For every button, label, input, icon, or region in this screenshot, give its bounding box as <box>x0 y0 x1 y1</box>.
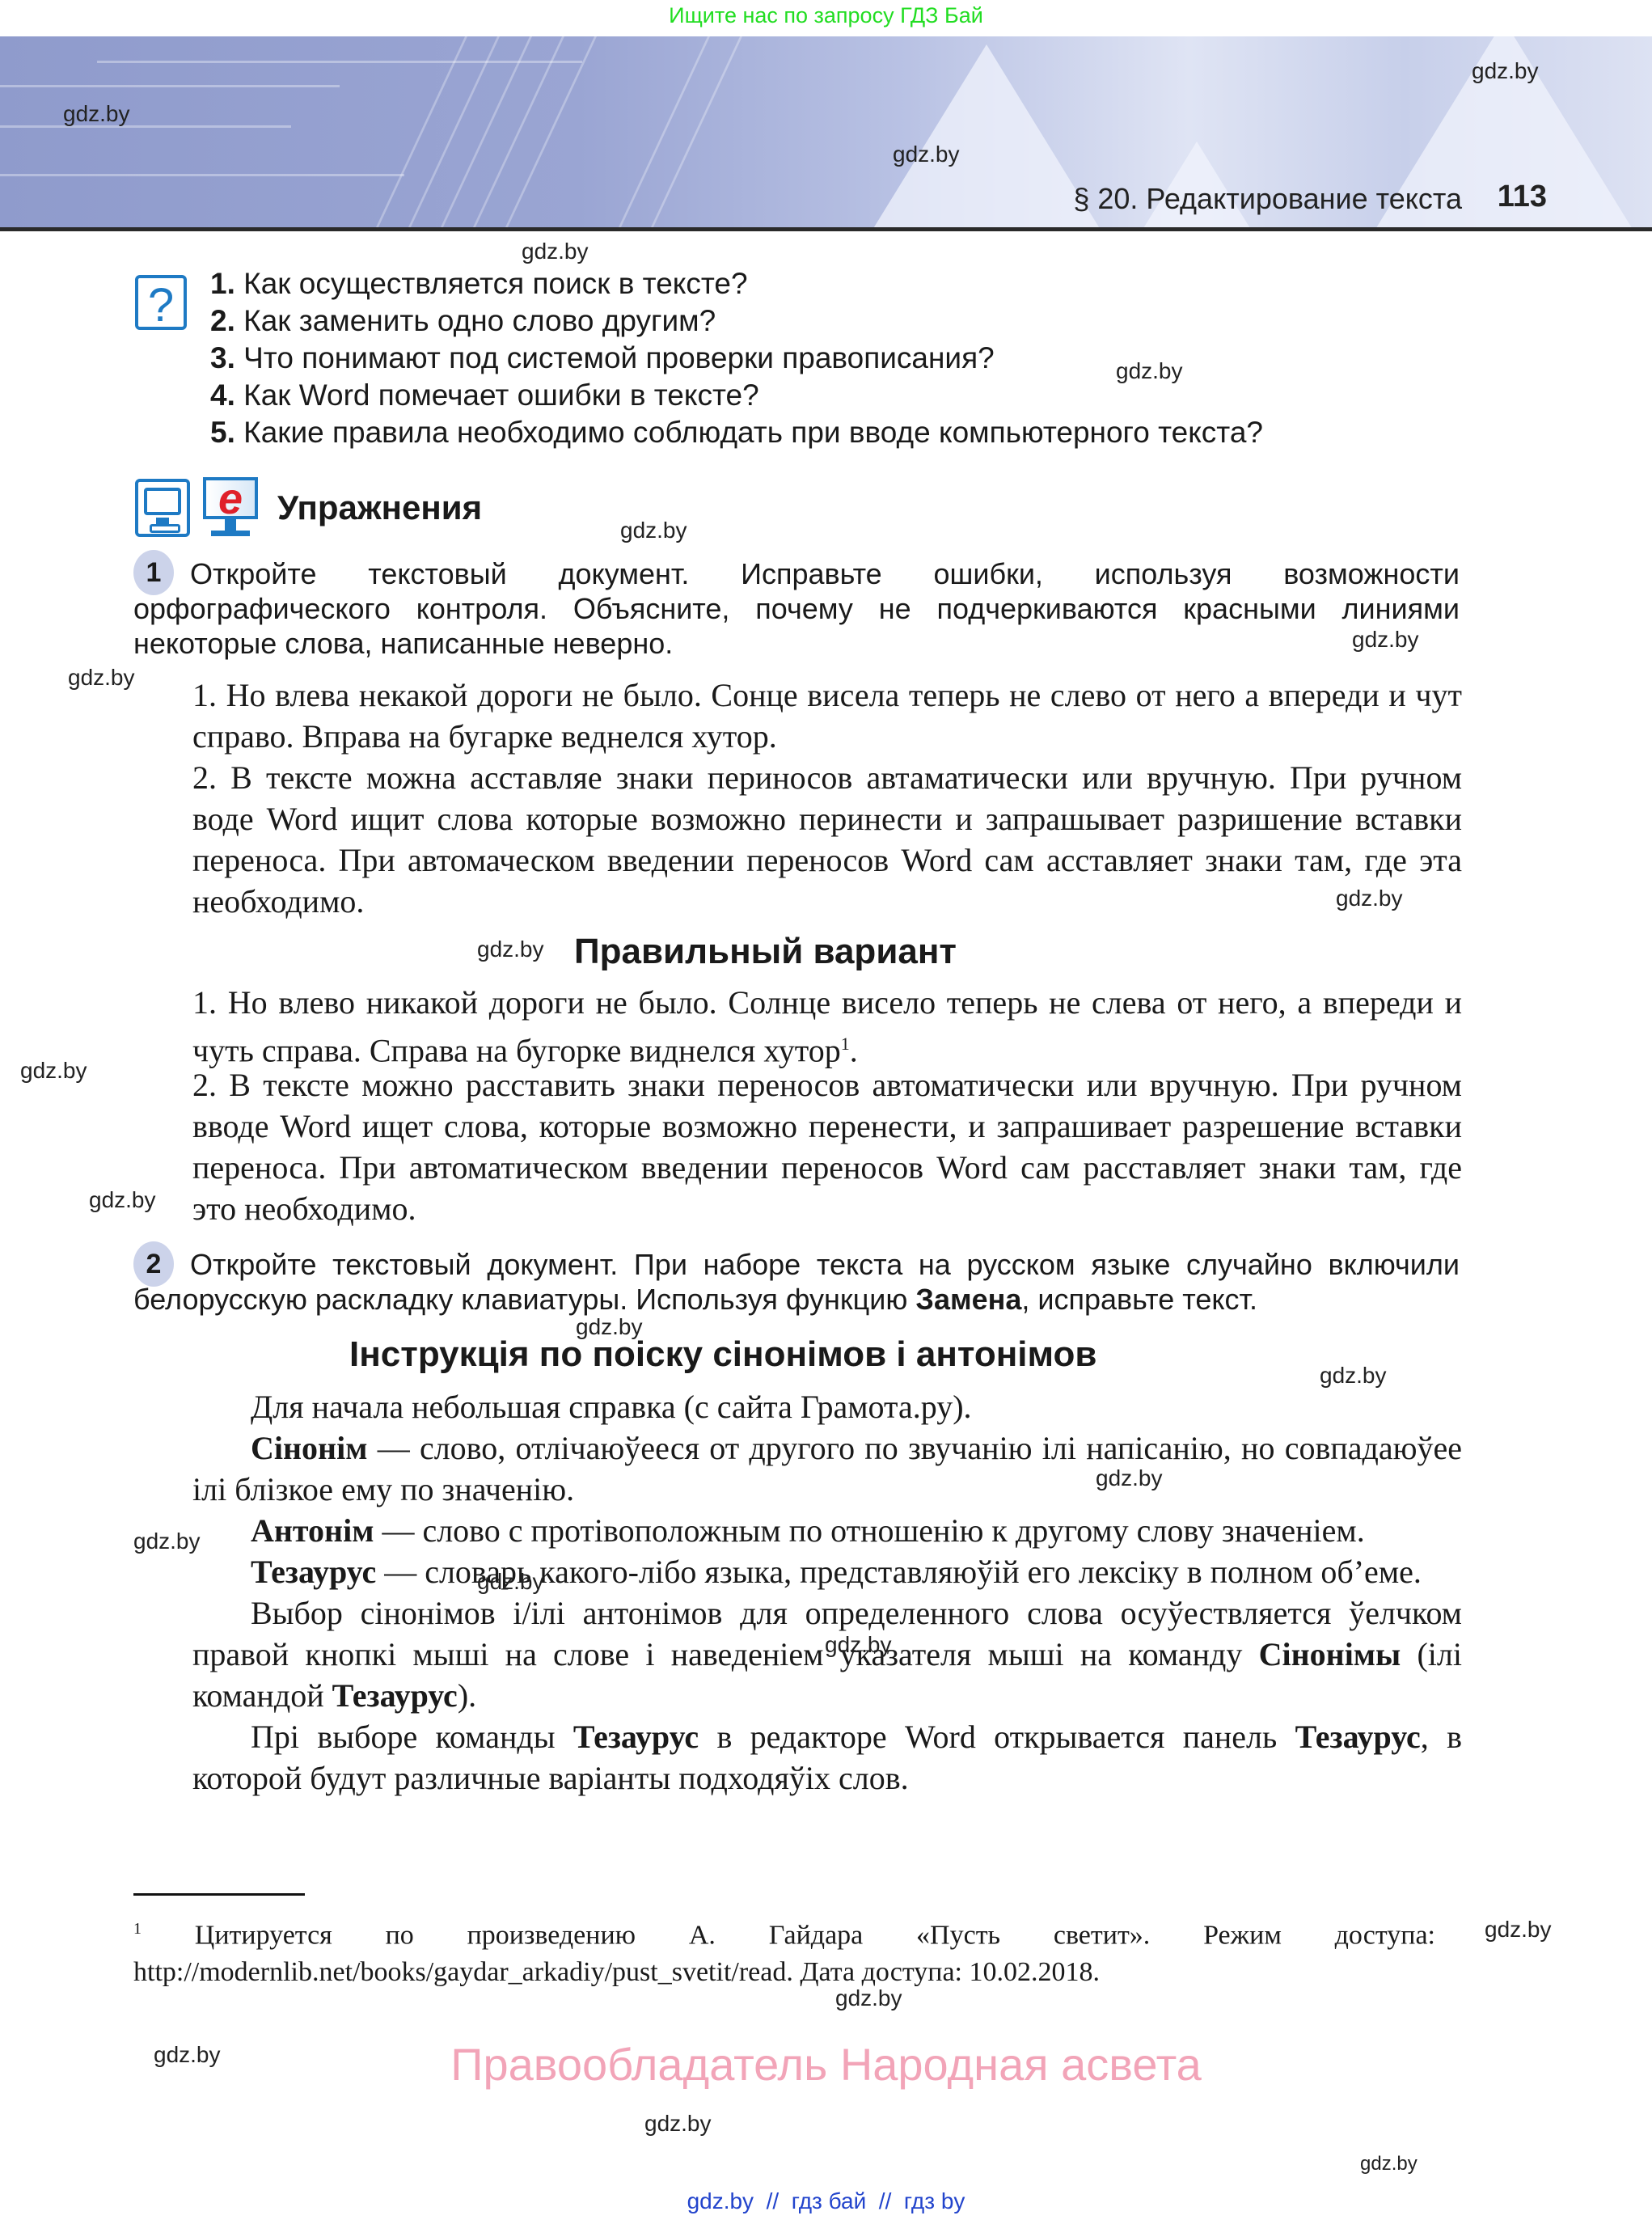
footer-links[interactable]: gdz.by // гдз бай // гдз by <box>0 2188 1652 2214</box>
page-number: 113 <box>1498 180 1547 214</box>
watermark: gdz.by <box>1352 627 1419 653</box>
watermark: gdz.by <box>89 1187 156 1213</box>
watermark: gdz.by <box>1336 886 1403 911</box>
watermark: gdz.by <box>133 1528 201 1554</box>
section-title: § 20. Редактирование текста <box>1073 182 1462 216</box>
question-icon: ? <box>135 275 187 330</box>
question-item: 3. Что понимают под системой проверки пр… <box>210 340 1263 377</box>
watermark: gdz.by <box>1472 58 1539 84</box>
watermark: gdz.by <box>68 665 135 691</box>
watermark: gdz.by <box>825 1632 892 1658</box>
page-header: § 20. Редактирование текста 113 <box>0 36 1652 231</box>
footnote-divider <box>133 1893 305 1896</box>
instruction-title: Інструкція по поіску сінонімов і антонім… <box>349 1334 1096 1375</box>
question-item: 4. Как Word помечает ошибки в тексте? <box>210 377 1263 414</box>
correct-text-1: 1. Но влево никакой дороги не было. Солн… <box>192 982 1462 1071</box>
watermark: gdz.by <box>1320 1363 1387 1389</box>
watermark: gdz.by <box>835 1985 902 2011</box>
search-banner: Ищите нас по запросу ГДЗ Бай <box>0 0 1652 28</box>
watermark: gdz.by <box>620 518 687 543</box>
exercises-heading: e Упражнения <box>135 476 482 540</box>
watermark: gdz.by <box>522 239 589 264</box>
question-item: 2. Как заменить одно слово другим? <box>210 302 1263 340</box>
watermark: gdz.by <box>1485 1917 1552 1943</box>
question-item: 5. Какие правила необходимо соблюдать пр… <box>210 414 1263 451</box>
question-item: 1. Как осуществляется поиск в тексте? <box>210 265 1263 302</box>
task-1-text: Откройте текстовый документ. Исправьте о… <box>133 556 1460 661</box>
instruction-body: Для начала небольшая справка (с сайта Гр… <box>192 1386 1462 1799</box>
watermark: gdz.by <box>477 1569 544 1595</box>
wrong-text-2: 2. В тексте можна асставляе знаки перино… <box>192 757 1462 922</box>
watermark: gdz.by <box>644 2111 712 2137</box>
review-questions: 1. Как осуществляется поиск в тексте? 2.… <box>210 265 1263 451</box>
correct-variant-title: Правильный вариант <box>574 932 957 972</box>
footnote-ref: 1 <box>841 1034 850 1054</box>
computer-icon <box>135 479 190 537</box>
watermark: gdz.by <box>893 142 960 167</box>
watermark: gdz.by <box>1116 358 1183 384</box>
copyright-notice: Правообладатель Народная асвета <box>0 2038 1652 2091</box>
watermark: gdz.by <box>63 101 130 127</box>
watermark: gdz.by <box>1360 2153 1418 2175</box>
correct-text-2: 2. В тексте можно расставить знаки перен… <box>192 1064 1462 1229</box>
wrong-text-1: 1. Но влева некакой дороги не было. Сонц… <box>192 674 1462 757</box>
task-2-text: Откройте текстовый документ. При наборе … <box>133 1247 1460 1317</box>
watermark: gdz.by <box>20 1058 87 1084</box>
exercises-title: Упражнения <box>277 488 482 527</box>
watermark: gdz.by <box>477 937 544 962</box>
electronic-resource-icon: e <box>203 477 258 539</box>
watermark: gdz.by <box>1096 1465 1163 1491</box>
footnote: 1 Цитируется по произведению А. Гайдара … <box>133 1910 1435 1991</box>
